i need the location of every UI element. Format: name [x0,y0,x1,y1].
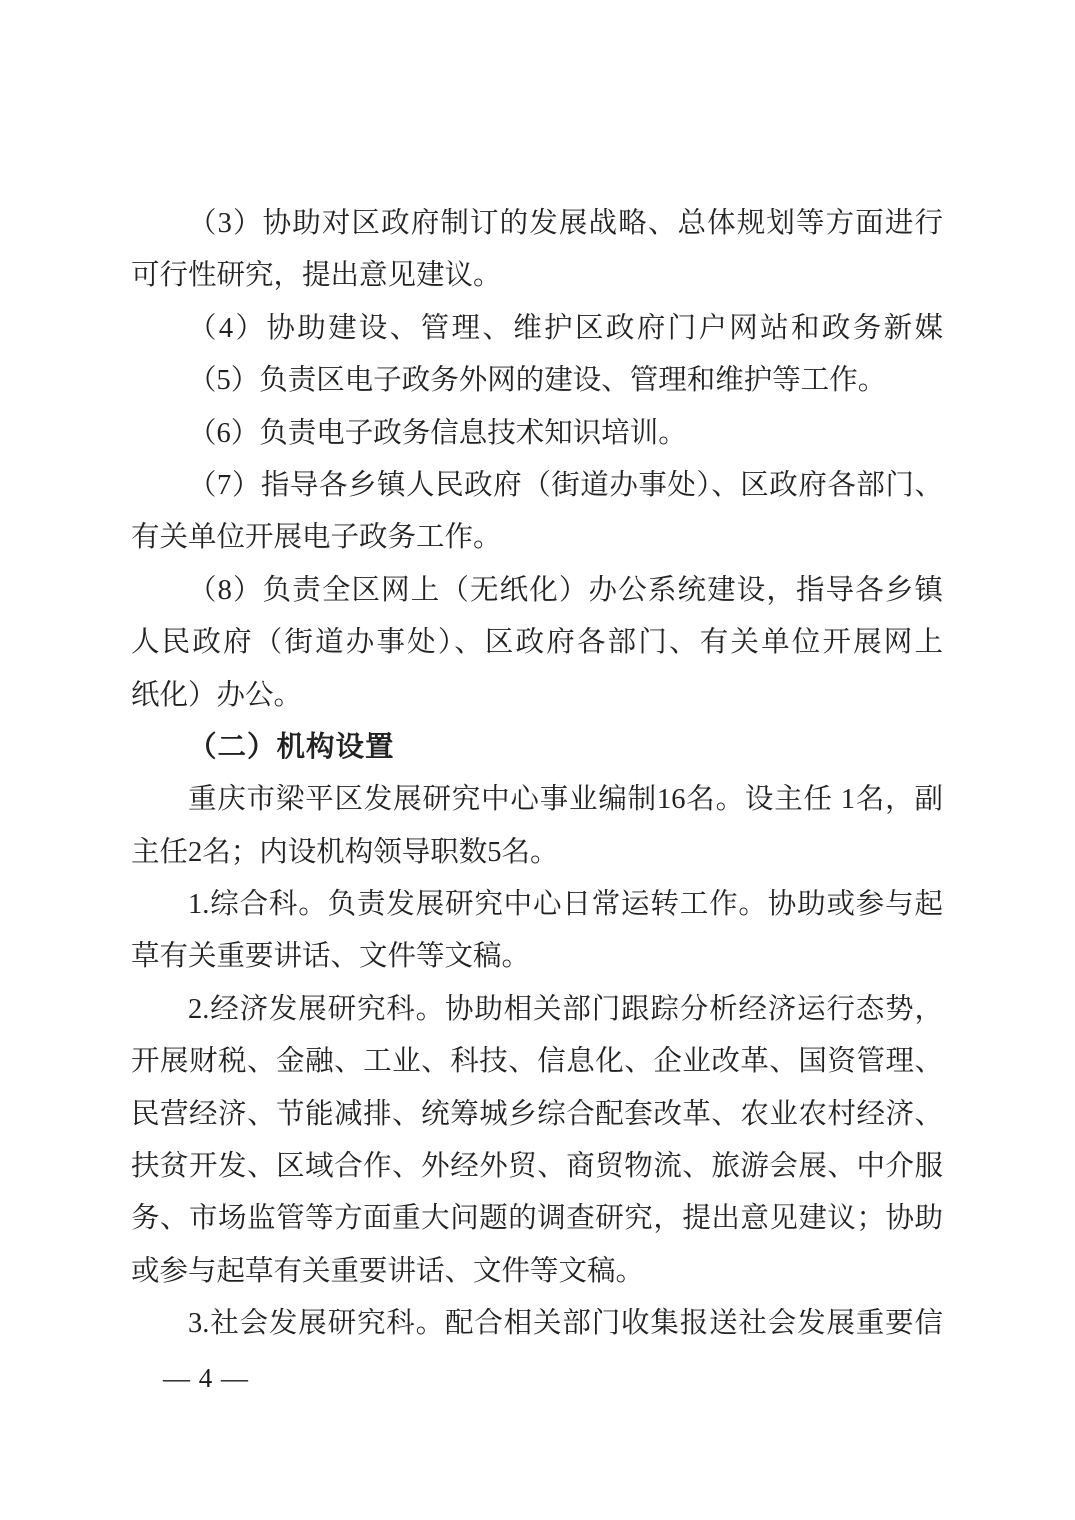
text-line: 主任2名；内设机构领导职数5名。 [131,827,943,879]
dept-2-economic-research: 2.经济发展研究科。协助相关部门跟踪分析经济运行态势，开展财税、金融、工业、科技… [131,984,943,1298]
duty-item-5: （5）负责区电子政务外网的建设、管理和维护等工作。 [131,355,943,407]
duty-item-7: （7）指导各乡镇人民政府（街道办事处）、区政府各部门、有关单位开展电子政务工作。 [131,460,943,565]
text-line: 重庆市梁平区发展研究中心事业编制16名。设主任 1名，副 [131,774,943,826]
dept-1-general-office: 1.综合科。负责发展研究中心日常运转工作。协助或参与起草有关重要讲话、文件等文稿… [131,879,943,984]
text-line: （8）负责全区网上（无纸化）办公系统建设，指导各乡镇 [131,565,943,617]
text-line: （6）负责电子政务信息技术知识培训。 [131,408,943,460]
staffing-paragraph: 重庆市梁平区发展研究中心事业编制16名。设主任 1名，副主任2名；内设机构领导职… [131,774,943,879]
text-line: （7）指导各乡镇人民政府（街道办事处）、区政府各部门、 [131,460,943,512]
text-line: 有关单位开展电子政务工作。 [131,512,943,564]
section-heading-org-setup: （二）机构设置 [131,722,943,774]
text-line: 扶贫开发、区域合作、外经外贸、商贸物流、旅游会展、中介服 [131,1141,943,1193]
dept-3-social-research: 3.社会发展研究科。配合相关部门收集报送社会发展重要信 [131,1298,943,1350]
text-line: （5）负责区电子政务外网的建设、管理和维护等工作。 [131,355,943,407]
text-line: 务、市场监管等方面重大问题的调查研究，提出意见建议；协助 [131,1193,943,1245]
page-number: — 4 — [163,1361,249,1395]
duty-item-4: （4）协助建设、管理、维护区政府门户网站和政务新媒体。 [131,303,943,355]
text-line: 3.社会发展研究科。配合相关部门收集报送社会发展重要信 [131,1298,943,1350]
text-line: 2.经济发展研究科。协助相关部门跟踪分析经济运行态势， [131,984,943,1036]
text-line: （二）机构设置 [131,722,943,774]
text-line: 草有关重要讲话、文件等文稿。 [131,931,943,983]
duty-item-6: （6）负责电子政务信息技术知识培训。 [131,408,943,460]
text-line: 纸化）办公。 [131,670,943,722]
text-line: 人民政府（街道办事处）、区政府各部门、有关单位开展网上（无 [131,617,943,669]
text-line: 民营经济、节能减排、统筹城乡综合配套改革、农业农村经济、 [131,1089,943,1141]
text-line: 或参与起草有关重要讲话、文件等文稿。 [131,1246,943,1298]
document-page: （3）协助对区政府制订的发展战略、总体规划等方面进行可行性研究，提出意见建议。（… [0,0,1075,1520]
duty-item-8: （8）负责全区网上（无纸化）办公系统建设，指导各乡镇人民政府（街道办事处）、区政… [131,565,943,722]
duty-item-3: （3）协助对区政府制订的发展战略、总体规划等方面进行可行性研究，提出意见建议。 [131,198,943,303]
text-line: 可行性研究，提出意见建议。 [131,250,943,302]
text-line: （4）协助建设、管理、维护区政府门户网站和政务新媒体。 [131,303,943,355]
text-line: 开展财税、金融、工业、科技、信息化、企业改革、国资管理、 [131,1036,943,1088]
text-line: 1.综合科。负责发展研究中心日常运转工作。协助或参与起 [131,879,943,931]
document-body: （3）协助对区政府制订的发展战略、总体规划等方面进行可行性研究，提出意见建议。（… [131,198,943,1351]
text-line: （3）协助对区政府制订的发展战略、总体规划等方面进行 [131,198,943,250]
